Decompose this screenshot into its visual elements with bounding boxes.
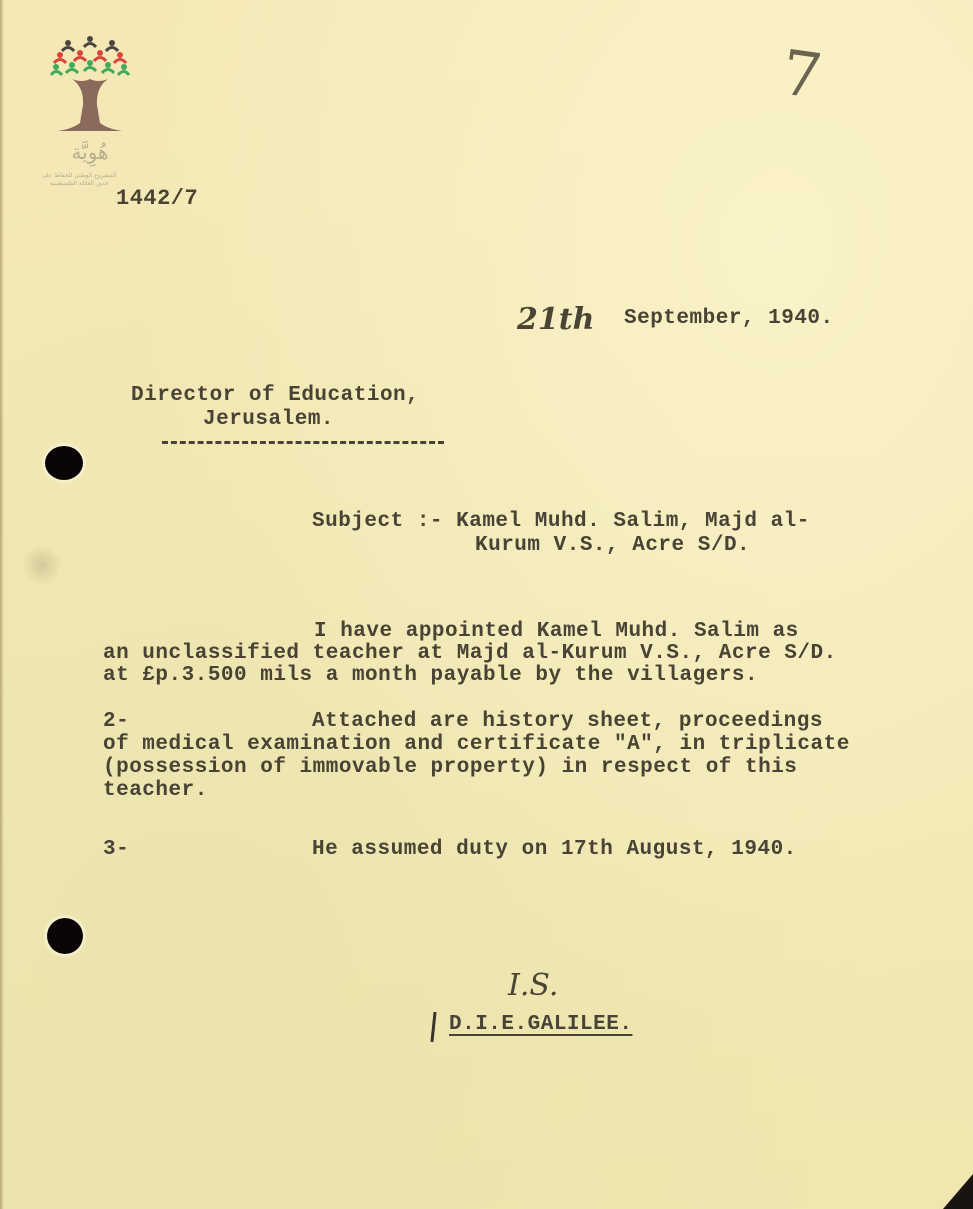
- paragraph2-line3: (possession of immovable property) in re…: [103, 756, 797, 779]
- paragraph3-number: 3-: [103, 838, 129, 861]
- punch-hole-bottom: [47, 918, 83, 954]
- paragraph2-line1: Attached are history sheet, proceedings: [312, 710, 823, 733]
- addressee-line1: Director of Education,: [131, 384, 419, 407]
- date-day-handwritten: 21th: [517, 302, 594, 337]
- paper-edge: [0, 0, 4, 1209]
- subject-line1: Subject :- Kamel Muhd. Salim, Majd al-: [312, 510, 810, 533]
- addressee-line2: Jerusalem.: [203, 408, 334, 431]
- addressee-underline: [162, 441, 444, 444]
- logo-subtitle: المشروع الوطني للحفاظ على جذور العائلة ا…: [34, 172, 124, 188]
- reference-number: 1442/7: [116, 186, 198, 211]
- paragraph1-line2: an unclassified teacher at Majd al-Kurum…: [103, 642, 837, 665]
- paragraph3-text: He assumed duty on 17th August, 1940.: [312, 838, 797, 861]
- paragraph2-number: 2-: [103, 710, 129, 733]
- paragraph1-line1: I have appointed Kamel Muhd. Salim as: [314, 620, 799, 643]
- paragraph2-line2: of medical examination and certificate "…: [103, 733, 850, 756]
- logo-subtitle-line2: جذور العائلة الفلسطينية: [34, 180, 124, 188]
- logo-title: هُوِيَّة: [60, 140, 120, 164]
- paragraph1-line3: at £p.3.500 mils a month payable by the …: [103, 664, 758, 687]
- folded-corner: [943, 1174, 973, 1209]
- punch-hole-top: [45, 446, 83, 480]
- tree-people-icon: [50, 35, 130, 145]
- paragraph2-line4: teacher.: [103, 779, 208, 802]
- subject-line2: Kurum V.S., Acre S/D.: [475, 534, 750, 557]
- signature-initials: I.S.: [508, 968, 558, 1003]
- signature-title: D.I.E.GALILEE.: [449, 1013, 632, 1036]
- logo-subtitle-line1: المشروع الوطني للحفاظ على: [34, 172, 124, 180]
- date-typed: September, 1940.: [624, 307, 834, 330]
